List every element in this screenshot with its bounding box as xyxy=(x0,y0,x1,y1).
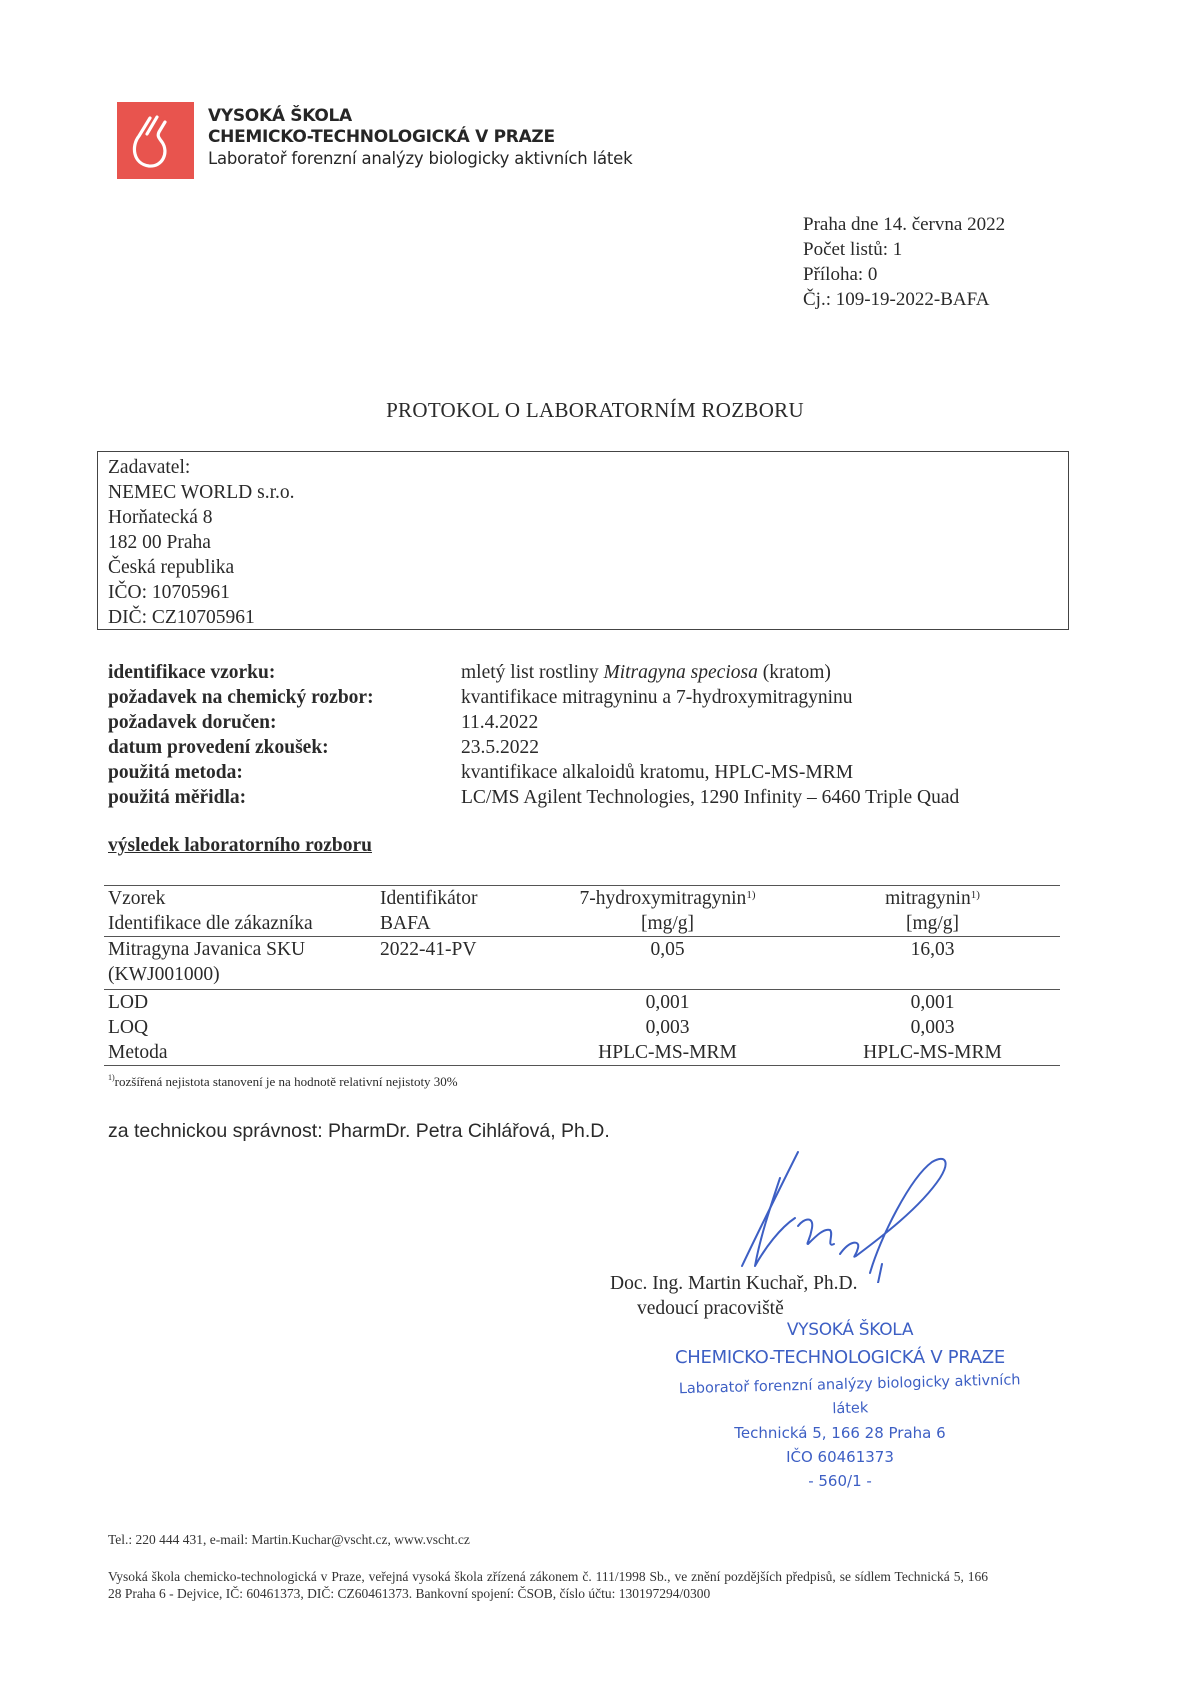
ident-row: datum provedení zkoušek: 23.5.2022 xyxy=(108,735,959,760)
header-customer-id: Identifikace dle zákazníka xyxy=(104,911,380,936)
ident-row: požadavek na chemický rozbor: kvantifika… xyxy=(108,685,959,710)
results-table: Vzorek Identifikátor 7-hydroxymitragynin… xyxy=(104,885,1060,1066)
page-count: Počet listů: 1 xyxy=(803,237,1005,262)
laboratory-name: Laboratoř forenzní analýzy biologicky ak… xyxy=(208,148,632,169)
client-label: Zadavatel: xyxy=(108,455,295,480)
footer-contact: Tel.: 220 444 431, e-mail: Martin.Kuchar… xyxy=(108,1532,470,1548)
ident-key: identifikace vzorku: xyxy=(108,660,461,685)
limit-value: 0,003 xyxy=(805,1015,1060,1040)
client-city: 182 00 Praha xyxy=(108,530,295,555)
species-name: Mitragyna speciosa xyxy=(603,662,757,683)
header-unit: [mg/g] xyxy=(805,911,1060,936)
sample-sku: (KWJ001000) xyxy=(104,962,380,987)
client-street: Horňatecká 8 xyxy=(108,505,295,530)
sample-7oh-mitragynine-value: 0,05 xyxy=(530,937,805,962)
ident-row: použitá metoda: kvantifikace alkaloidů k… xyxy=(108,760,959,785)
table-row: (KWJ001000) xyxy=(104,962,1060,987)
header-sample: Vzorek xyxy=(104,886,380,911)
ident-value: kvantifikace alkaloidů kratomu, HPLC-MS-… xyxy=(461,760,853,785)
document-meta: Praha dne 14. června 2022 Počet listů: 1… xyxy=(803,212,1005,312)
signer-name: Doc. Ing. Martin Kuchař, Ph.D. xyxy=(610,1271,858,1296)
stamp-line-1: VYSOKÁ ŠKOLA xyxy=(640,1317,1040,1343)
sample-name: Mitragyna Javanica SKU xyxy=(104,937,380,962)
ident-key: použitá metoda: xyxy=(108,760,461,785)
limit-label: LOQ xyxy=(104,1015,380,1040)
footer-legal: Vysoká škola chemicko-technologická v Pr… xyxy=(108,1568,988,1602)
table-footnote: 1)rozšířená nejistota stanovení je na ho… xyxy=(108,1074,458,1090)
sample-identification: identifikace vzorku: mletý list rostliny… xyxy=(108,660,959,810)
technical-responsibility: za technickou správnost: PharmDr. Petra … xyxy=(108,1120,610,1143)
ident-value: LC/MS Agilent Technologies, 1290 Infinit… xyxy=(461,785,959,810)
ident-key: použitá měřidla: xyxy=(108,785,461,810)
client-company: NEMEC WORLD s.r.o. xyxy=(108,480,295,505)
table-row: Metoda HPLC-MS-MRM HPLC-MS-MRM xyxy=(104,1040,1060,1065)
table-row: Mitragyna Javanica SKU 2022-41-PV 0,05 1… xyxy=(104,937,1060,962)
ident-row: požadavek doručen: 11.4.2022 xyxy=(108,710,959,735)
ident-value: 23.5.2022 xyxy=(461,735,539,760)
table-header-row: Identifikace dle zákazníka BAFA [mg/g] [… xyxy=(104,911,1060,936)
institution-name: VYSOKÁ ŠKOLA CHEMICKO-TECHNOLOGICKÁ V PR… xyxy=(208,106,632,169)
ident-value: kvantifikace mitragyninu a 7-hydroxymitr… xyxy=(461,685,853,710)
table-rule xyxy=(104,1065,1060,1066)
vscht-logo xyxy=(117,102,194,179)
header-mitragynine: mitragynin1) xyxy=(805,886,1060,911)
method-value: HPLC-MS-MRM xyxy=(805,1040,1060,1065)
signer-block: Doc. Ing. Martin Kuchař, Ph.D. vedoucí p… xyxy=(610,1271,858,1321)
sample-mitragynine-value: 16,03 xyxy=(805,937,1060,962)
document-title: PROTOKOL O LABORATORNÍM ROZBORU xyxy=(0,398,1190,423)
header-unit: [mg/g] xyxy=(530,911,805,936)
ident-value: mletý list rostliny Mitragyna speciosa (… xyxy=(461,660,831,685)
client-dic: DIČ: CZ10705961 xyxy=(108,605,295,630)
method-label: Metoda xyxy=(104,1040,380,1065)
ident-value: 11.4.2022 xyxy=(461,710,538,735)
document-date: Praha dne 14. června 2022 xyxy=(803,212,1005,237)
method-value: HPLC-MS-MRM xyxy=(530,1040,805,1065)
ident-key: datum provedení zkoušek: xyxy=(108,735,461,760)
stamp-ico: IČO 60461373 xyxy=(640,1445,1040,1469)
ident-key: požadavek doručen: xyxy=(108,710,461,735)
signature xyxy=(680,1148,1000,1283)
header-bafa: BAFA xyxy=(380,911,530,936)
limit-value: 0,001 xyxy=(530,990,805,1015)
stamp-line-3: Laboratoř forenzní analýzy biologicky ak… xyxy=(639,1368,1040,1426)
sample-id: 2022-41-PV xyxy=(380,937,530,962)
table-header-row: Vzorek Identifikátor 7-hydroxymitragynin… xyxy=(104,886,1060,911)
attachment-count: Příloha: 0 xyxy=(803,262,1005,287)
institution-line-2: CHEMICKO-TECHNOLOGICKÁ V PRAZE xyxy=(208,127,632,148)
table-row: LOD 0,001 0,001 xyxy=(104,990,1060,1015)
client-box: Zadavatel: NEMEC WORLD s.r.o. Horňatecká… xyxy=(97,451,1069,630)
limit-value: 0,001 xyxy=(805,990,1060,1015)
institution-line-1: VYSOKÁ ŠKOLA xyxy=(208,106,632,127)
client-ico: IČO: 10705961 xyxy=(108,580,295,605)
table-row: LOQ 0,003 0,003 xyxy=(104,1015,1060,1040)
limit-label: LOD xyxy=(104,990,380,1015)
vscht-drop-logo-icon xyxy=(117,102,194,179)
handwritten-signature-icon xyxy=(680,1148,1000,1283)
results-heading: výsledek laboratorního rozboru xyxy=(108,835,372,857)
limit-value: 0,003 xyxy=(530,1015,805,1040)
header-7oh-mitragynine: 7-hydroxymitragynin1) xyxy=(530,886,805,911)
stamp-number: - 560/1 - xyxy=(640,1469,1040,1493)
ident-row: použitá měřidla: LC/MS Agilent Technolog… xyxy=(108,785,959,810)
ident-row: identifikace vzorku: mletý list rostliny… xyxy=(108,660,959,685)
header-identifier: Identifikátor xyxy=(380,886,530,911)
client-country: Česká republika xyxy=(108,555,295,580)
institution-stamp: VYSOKÁ ŠKOLA CHEMICKO-TECHNOLOGICKÁ V PR… xyxy=(640,1317,1040,1493)
reference-number: Čj.: 109-19-2022-BAFA xyxy=(803,287,1005,312)
ident-key: požadavek na chemický rozbor: xyxy=(108,685,461,710)
